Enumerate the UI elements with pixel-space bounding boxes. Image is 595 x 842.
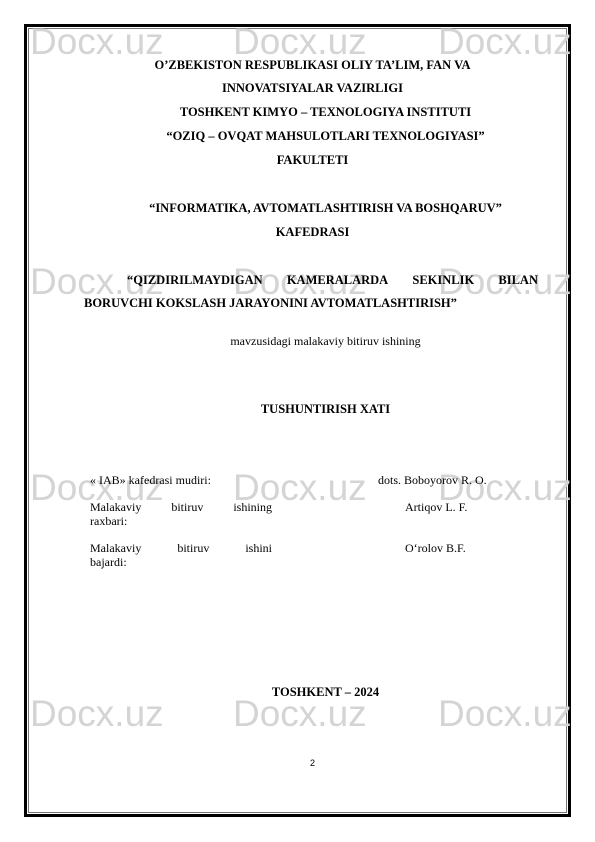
label-word: Malakaviy	[90, 500, 141, 514]
signature-label-row-1: Malakaviy bitiruv ishini	[90, 541, 272, 555]
ministry-line-2: INNOVATSIYALAR VAZIRLIGI	[15, 80, 595, 96]
topic-word: “QIZDIRILMAYDIGAN	[127, 272, 263, 288]
label-word: ishini	[245, 541, 272, 555]
signature-label-row-1: Malakaviy bitiruv ishining	[90, 500, 272, 514]
signature-name-head: dots. Boboyorov R. O.	[378, 473, 487, 487]
signature-label-row-2: raxbari:	[90, 514, 272, 528]
topic-line-1: “QIZDIRILMAYDIGAN KAMERALARDA SEKINLIK B…	[127, 272, 538, 288]
subtitle: mavzusidagi malakaviy bitiruv ishining	[28, 333, 595, 349]
city-year: TOSHKENT – 2024	[28, 684, 595, 700]
label-word: ishining	[233, 500, 272, 514]
topic-word: KAMERALARDA	[287, 272, 388, 288]
label-word: bitiruv	[171, 500, 203, 514]
signature-name-supervisor: Artiqov L. F.	[405, 500, 467, 514]
topic-word: BILAN	[498, 272, 538, 288]
topic-word: SEKINLIK	[412, 272, 474, 288]
institute-name: TOSHKENT KIMYO – TEXNOLOGIYA INSTITUTI	[28, 104, 595, 120]
document-type-title: TUSHUNTIRISH XATI	[28, 401, 595, 417]
page-number: 2	[15, 757, 595, 769]
signature-name-author: O‘rolov B.F.	[405, 541, 466, 555]
department-line-1: “INFORMATIKA, AVTOMATLASHTIRISH VA BOSHQ…	[28, 200, 595, 216]
signature-label-text: « IAB» kafedrasi mudiri:	[90, 473, 211, 487]
faculty-line-2: FAKULTETI	[15, 152, 595, 168]
department-line-2: KAFEDRASI	[15, 224, 595, 240]
faculty-line-1: “OZIQ – OVQAT MAHSULOTLARI TEXNOLOGIYASI…	[28, 128, 595, 144]
signature-label-row-2: bajardi:	[90, 555, 272, 569]
signature-label-author: Malakaviy bitiruv ishini bajardi:	[90, 541, 272, 569]
topic-line-2: BORUVCHI KOKSLASH JARAYONINI AVTOMATLASH…	[84, 295, 457, 311]
label-word: Malakaviy	[90, 541, 141, 555]
ministry-line-1: O’ZBEKISTON RESPUBLIKASI OLIY TA’LIM, FA…	[15, 57, 595, 73]
signature-label-supervisor: Malakaviy bitiruv ishining raxbari:	[90, 500, 272, 528]
label-word: bitiruv	[177, 541, 209, 555]
signature-label-head: « IAB» kafedrasi mudiri:	[90, 473, 211, 487]
